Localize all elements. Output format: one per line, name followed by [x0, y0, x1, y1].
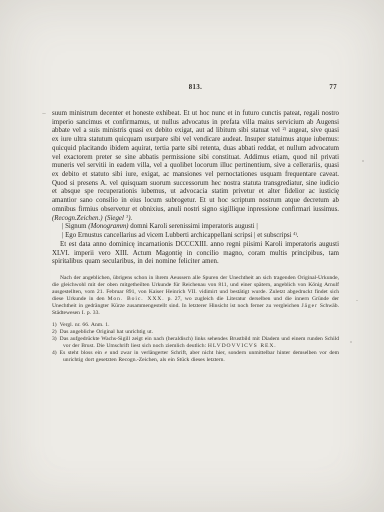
footnote-item: 4)Es steht bloss ein e und zwar in verlä… — [52, 350, 339, 364]
scan-speck — [42, 113, 46, 114]
footnote-marker: 1) — [52, 322, 60, 328]
page-number: 77 — [329, 84, 337, 91]
footnote-marker: 3) — [52, 336, 60, 342]
text-block: 813. 77 suum ministrum decenter et hones… — [52, 84, 339, 364]
footnote-text: Das aufgedrückte Wachs-Sigill zeigt ein … — [60, 336, 339, 349]
footnote-item: 1)Vergl. nr. 66. Anm. 1. — [52, 322, 339, 329]
footnote-text: Es steht bloss ein e und zwar in verläng… — [60, 350, 339, 363]
commentary-paragraph: Nach der angeblichen, übrigens schon in … — [52, 275, 339, 317]
scan-speck — [356, 300, 358, 301]
footnote-marker: 2) — [52, 329, 60, 335]
footnote-item: 2)Das angebliche Original hat unrichtig … — [52, 329, 339, 336]
page-header: 813. 77 — [52, 84, 339, 93]
footnote-text: Vergl. nr. 66. Anm. 1. — [60, 322, 110, 328]
signature-line-chancellor: | Ego Ernustus cancellarius ad vicem Lub… — [52, 232, 339, 241]
footnotes-section: 1)Vergl. nr. 66. Anm. 1. 2)Das angeblich… — [52, 322, 339, 364]
footnote-marker: 4) — [52, 350, 60, 356]
main-text-paragraph: suum ministrum decenter et honeste exhib… — [52, 110, 339, 223]
scan-speck — [350, 341, 352, 343]
footnote-item: 3)Das aufgedrückte Wachs-Sigill zeigt ei… — [52, 336, 339, 350]
scanned-page: 813. 77 suum ministrum decenter et hones… — [0, 0, 384, 512]
datum-paragraph: Et est data anno dominicę incarnationis … — [52, 241, 339, 267]
document-number-heading: 813. — [189, 84, 203, 91]
scan-speck — [362, 160, 364, 162]
footnote-text: Das angebliche Original hat unrichtig ut… — [60, 329, 153, 335]
